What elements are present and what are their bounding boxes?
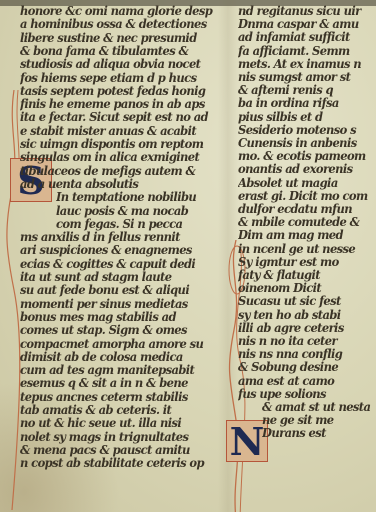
text-line: compacmet amorpha amore su	[20, 336, 218, 351]
text-line: Sucasu ut sic fest	[238, 294, 376, 309]
manuscript-page: S N honore &c omi nama glorie despa homi…	[0, 0, 376, 512]
text-line: ba in ordina rifsa	[238, 96, 376, 111]
text-line: n copst ab stabilitate ceteris op	[20, 456, 218, 471]
text-line: Durans est	[262, 426, 376, 441]
text-line: fos hiems sepe etiam d p hucs	[20, 70, 218, 85]
text-line: ari suspiciones & enagnemes	[20, 243, 218, 258]
text-line: comes ut stap. Sigm & omes	[20, 323, 218, 338]
text-line: no ut & hic seue ut. illa nisi	[20, 416, 218, 431]
text-line: ita e fectar. Sicut sepit est no ad	[20, 110, 218, 125]
text-line: esemus q & sit a in n & bene	[20, 376, 218, 391]
text-line: lauc posis & ma nocab	[56, 203, 218, 218]
text-line: In temptatione nobilibu	[56, 190, 218, 205]
text-line: Dim am mag med	[238, 228, 376, 243]
text-line: a hominibus ossa & detectiones	[20, 17, 218, 32]
text-line: & Sobung desine	[238, 360, 376, 375]
text-line: studiosis ad aliqua obvia nocet	[20, 57, 218, 72]
text-line: singulas om in alica exmiginet	[20, 150, 218, 165]
text-line: ad infamiat sufficit	[238, 30, 376, 45]
text-line: onantis ad exorenis	[238, 162, 376, 177]
text-line: su aut fede bonu est & aliqui	[20, 283, 218, 298]
